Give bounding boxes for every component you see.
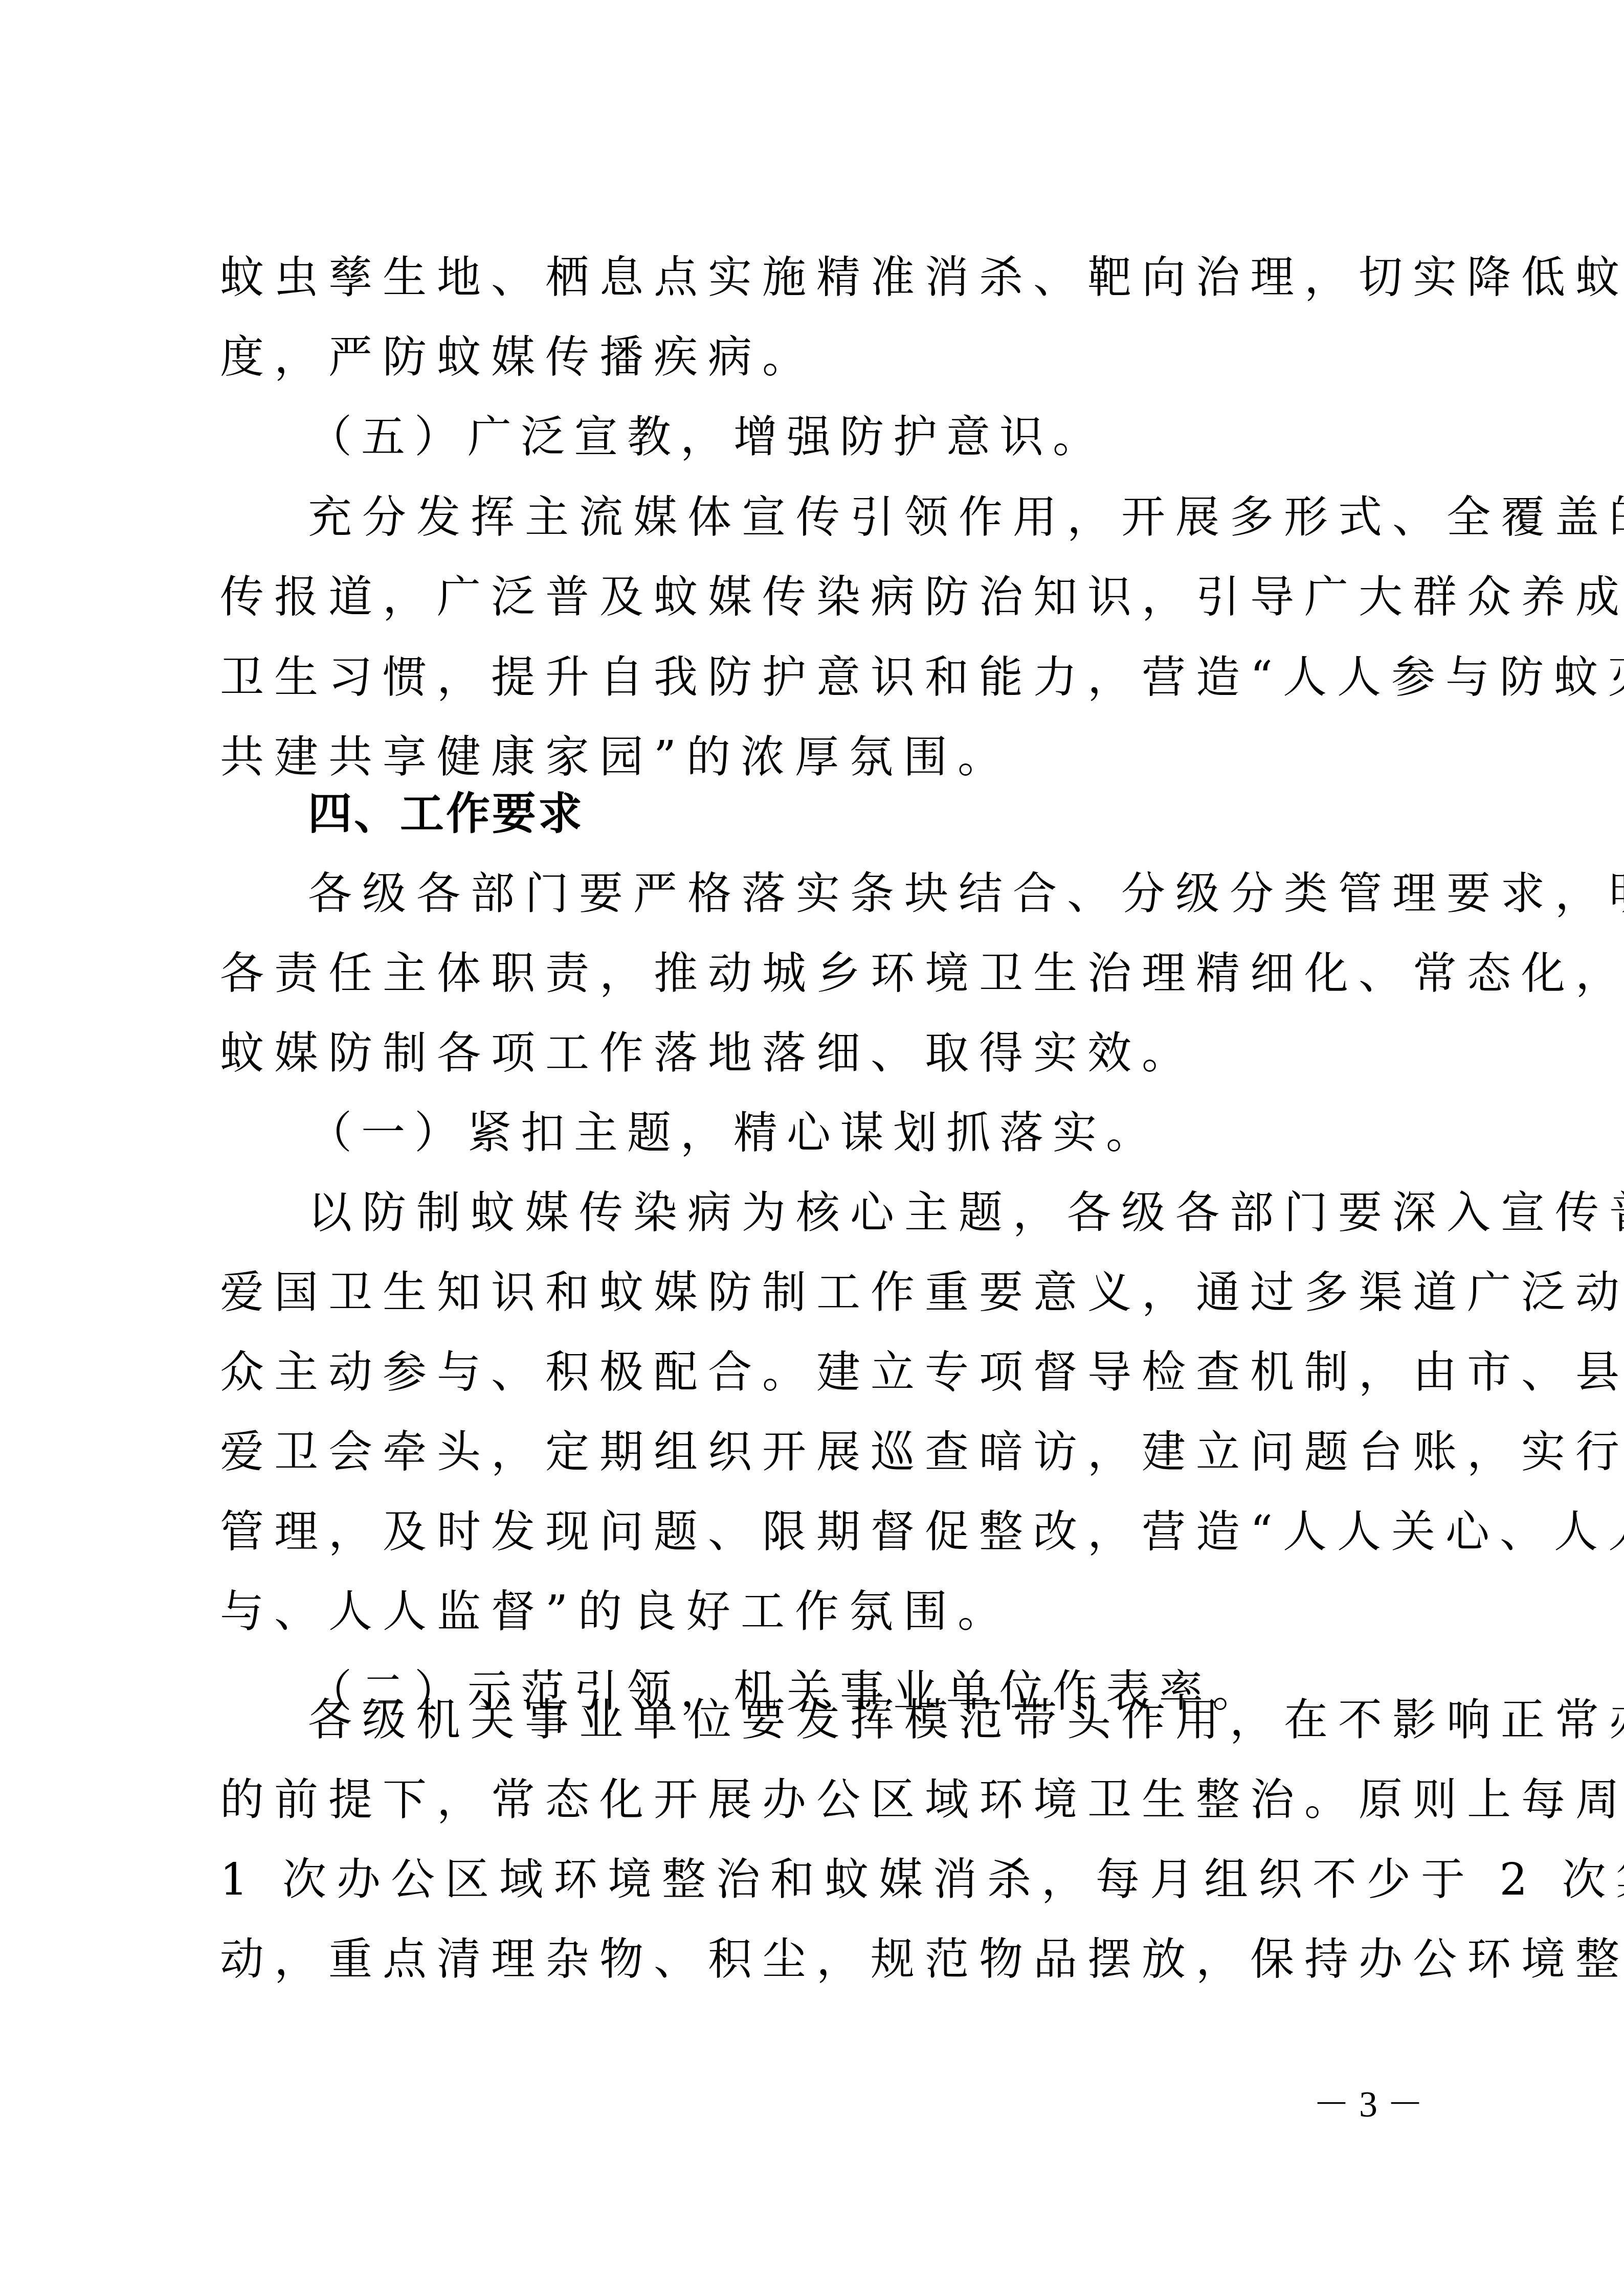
- paragraph-first-line: 以防制蚊媒传染病为核心主题，各级各部门要深入宣传普及: [308, 1185, 1430, 1241]
- body-text-line: 传报道，广泛普及蚊媒传染病防治知识，引导广大群众养成良好: [220, 569, 1430, 625]
- paragraph-first-line: 各级机关事业单位要发挥模范带头作用，在不影响正常办公: [308, 1692, 1430, 1748]
- document-page: 蚊虫孳生地、栖息点实施精准消杀、靶向治理，切实降低蚊媒密 度，严防蚊媒传播疾病。…: [0, 0, 1624, 2296]
- body-text-line: 管理，及时发现问题、限期督促整改，营造“人人关心、人人参: [220, 1504, 1430, 1560]
- body-text-line: 各责任主体职责，推动城乡环境卫生治理精细化、常态化，确保: [220, 946, 1430, 1002]
- paragraph-first-line: 各级各部门要严格落实条块结合、分级分类管理要求，明确: [308, 866, 1430, 922]
- body-text-line: 爱卫会牵头，定期组织开展巡查暗访，建立问题台账，实行销号: [220, 1424, 1430, 1480]
- body-text-line: 众主动参与、积极配合。建立专项督导检查机制，由市、县（区）: [220, 1344, 1430, 1401]
- body-text-line: 的前提下，常态化开展办公区域环境卫生整治。原则上每周开展: [220, 1772, 1430, 1828]
- section-heading-four: 四、工作要求: [308, 786, 584, 842]
- body-text-line: 蚊虫孳生地、栖息点实施精准消杀、靶向治理，切实降低蚊媒密: [220, 250, 1430, 306]
- body-text-line: 度，严防蚊媒传播疾病。: [220, 329, 1430, 386]
- body-text-line: 1 次办公区域环境整治和蚊媒消杀，每月组织不少于 2 次集中行: [220, 1852, 1430, 1908]
- body-text-line: 动，重点清理杂物、积尘，规范物品摆放，保持办公环境整洁有: [220, 1931, 1430, 1988]
- paragraph-first-line: 充分发挥主流媒体宣传引领作用，开展多形式、全覆盖的宣: [308, 489, 1430, 546]
- body-text-line: 蚊媒防制各项工作落地落细、取得实效。: [220, 1025, 1430, 1082]
- body-text-line: 卫生习惯，提升自我防护意识和能力，营造“人人参与防蚊灭蚊、: [220, 649, 1430, 706]
- sub-heading-one: （一）紧扣主题，精心谋划抓落实。: [308, 1105, 1159, 1161]
- body-text-line: 共建共享健康家园”的浓厚氛围。: [220, 729, 1430, 785]
- page-number: － 3 －: [1309, 2081, 1427, 2127]
- sub-heading-five: （五）广泛宣教，增强防护意识。: [308, 409, 1106, 465]
- body-text-line: 爱国卫生知识和蚊媒防制工作重要意义，通过多渠道广泛动员群: [220, 1265, 1430, 1321]
- body-text-line: 与、人人监督”的良好工作氛围。: [220, 1584, 1430, 1640]
